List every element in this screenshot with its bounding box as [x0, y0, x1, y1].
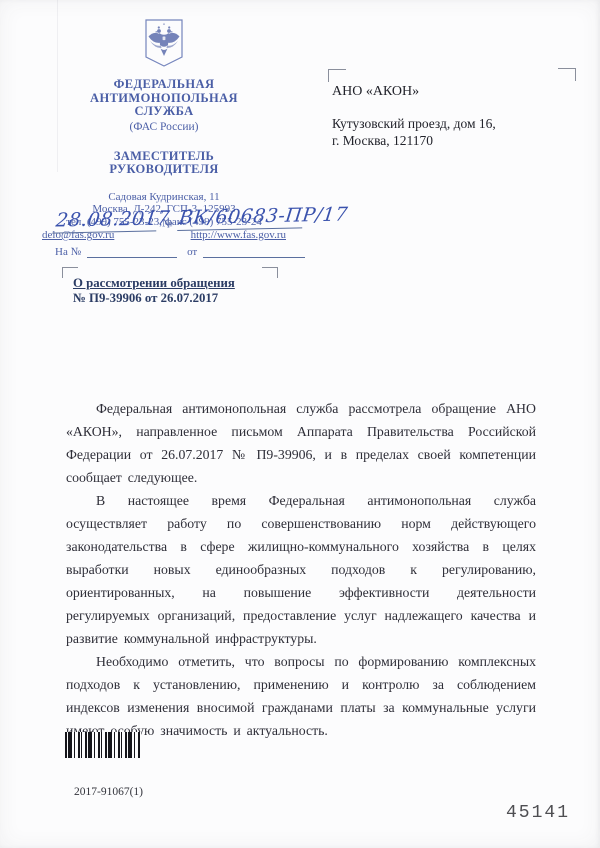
signer-position-line1: ЗАМЕСТИТЕЛЬ [38, 150, 290, 164]
reference-number-blank [87, 247, 177, 258]
page-number-stamp: 45141 [506, 803, 570, 823]
handwritten-number: ВК/60683-ПР/17 [177, 203, 348, 229]
org-abbreviation: (ФАС России) [38, 120, 290, 134]
handwritten-date: 28.08.2017 [55, 207, 171, 231]
org-name-line1: ФЕДЕРАЛЬНАЯ [38, 78, 290, 92]
body-paragraph-1: Федеральная антимонопольная служба рассм… [66, 397, 536, 489]
body-paragraph-2: В настоящее время Федеральная антимонопо… [66, 489, 536, 650]
reference-label-ot: от [187, 246, 197, 258]
coat-of-arms-icon [144, 18, 184, 68]
document-code: 2017-91067(1) [74, 786, 143, 798]
letterhead-website: http://www.fas.gov.ru [191, 229, 286, 242]
scanned-letter-page: ФЕДЕРАЛЬНАЯ АНТИМОНОПОЛЬНАЯ СЛУЖБА (ФАС … [0, 0, 600, 848]
recipient-name: АНО «АКОН» [332, 84, 572, 100]
org-name-line3: СЛУЖБА [38, 105, 290, 119]
reference-line: На № от [55, 246, 305, 258]
letter-body: Федеральная антимонопольная служба рассм… [66, 397, 536, 742]
barcode [65, 732, 141, 758]
subject-reference: № П9-39906 от 26.07.2017 [73, 291, 273, 306]
body-paragraph-3: Необходимо отметить, что вопросы по форм… [66, 650, 536, 742]
signer-position-line2: РУКОВОДИТЕЛЯ [38, 163, 290, 177]
outgoing-date-field: 28.08.2017 [52, 207, 156, 233]
letterhead-street: Садовая Кудринская, 11 [38, 191, 290, 204]
outgoing-number-field: ВК/60683-ПР/17 [176, 204, 302, 231]
reference-label-na: На № [55, 246, 81, 258]
subject-block: О рассмотрении обращения № П9-39906 от 2… [73, 276, 273, 305]
subject-title: О рассмотрении обращения [73, 276, 273, 291]
recipient-corner-right [558, 68, 576, 81]
recipient-address-line1: Кутузовский проезд, дом 16, [332, 115, 572, 132]
org-name-line2: АНТИМОНОПОЛЬНАЯ [38, 92, 290, 106]
recipient-block: АНО «АКОН» Кутузовский проезд, дом 16, г… [332, 84, 572, 149]
reference-date-blank [203, 247, 305, 258]
recipient-address-line2: г. Москва, 121170 [332, 132, 572, 149]
recipient-corner-left [328, 69, 346, 82]
